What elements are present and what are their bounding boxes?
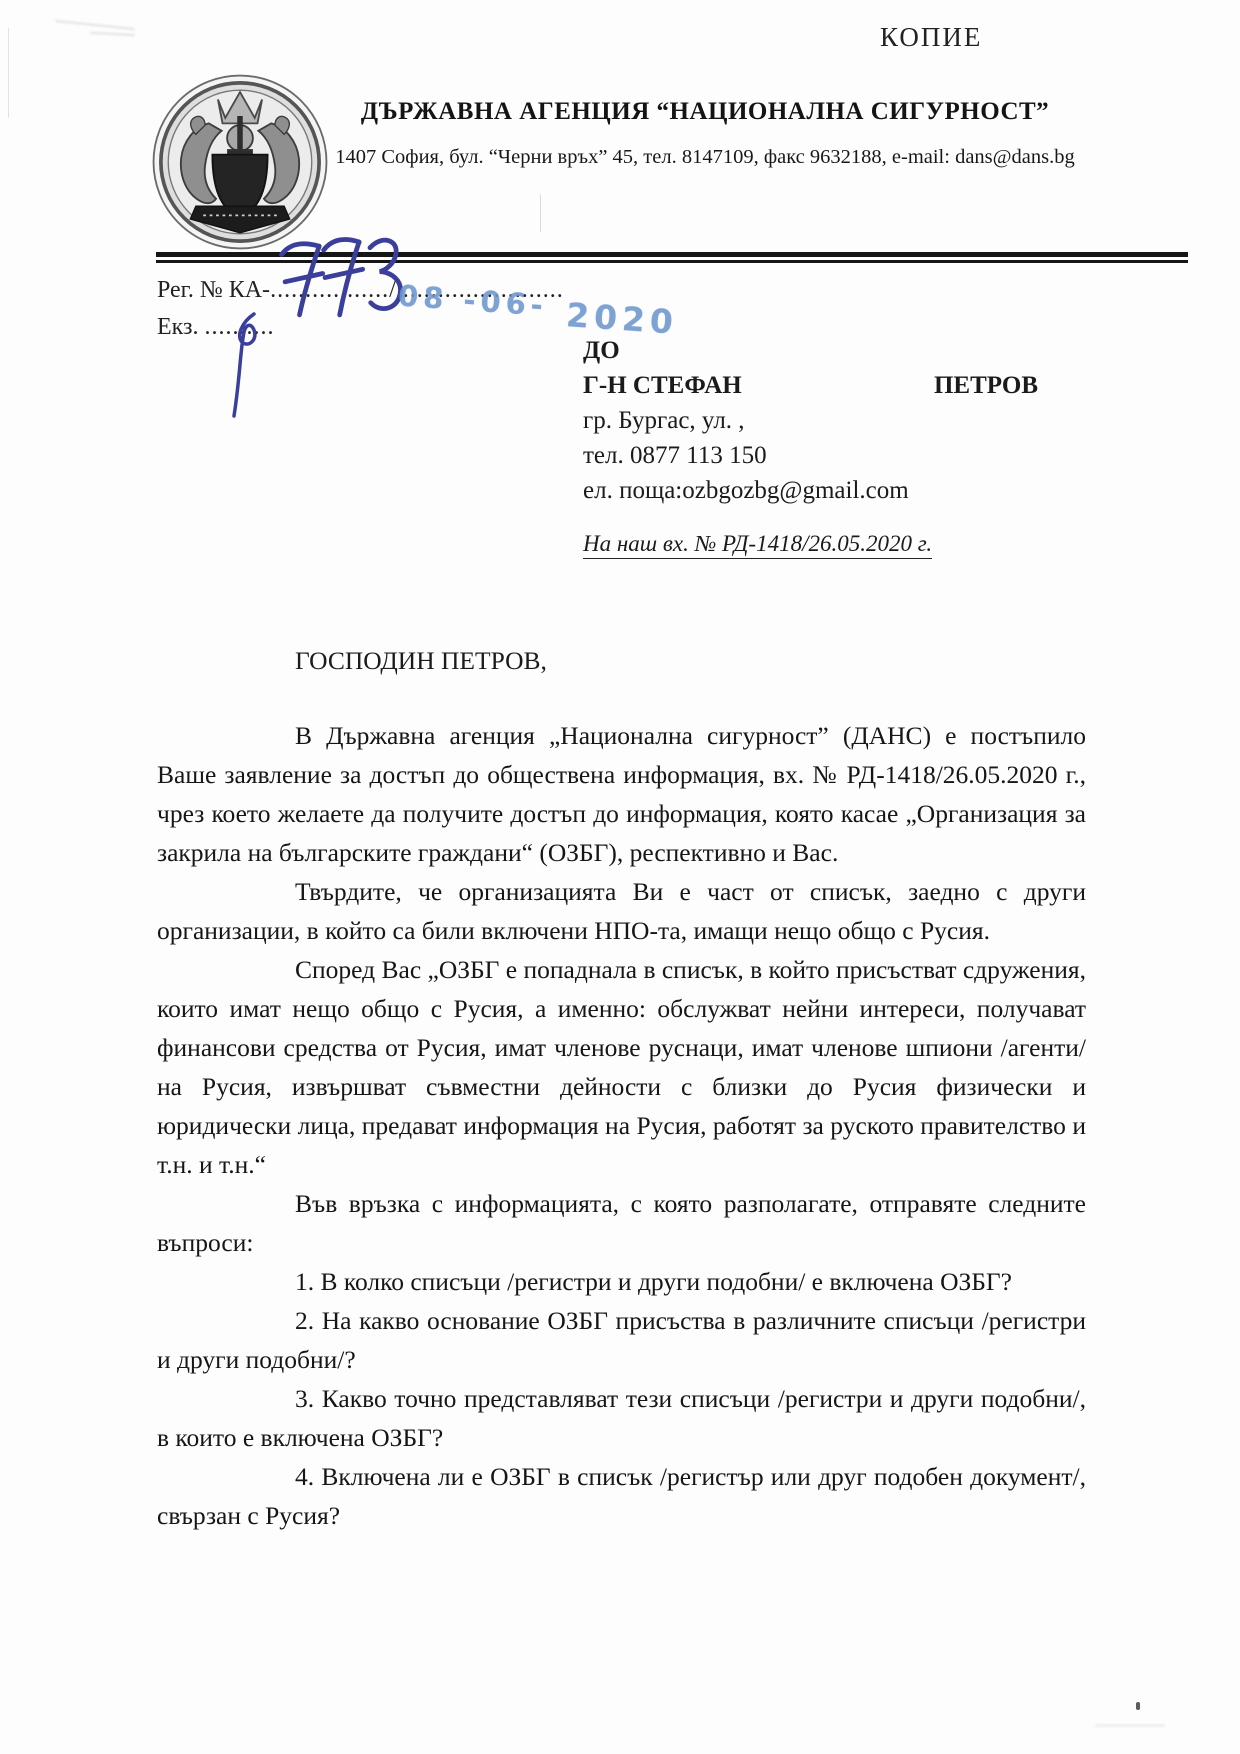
scan-artifact [540, 194, 541, 232]
paragraph: Според Вас „ОЗБГ е попаднала в списък, в… [157, 950, 1086, 1184]
handwritten-reg-number [276, 228, 414, 328]
recipient-block: ДО Г-Н СТЕФАН ПЕТРОВ гр. Бургас, ул. , т… [583, 333, 1038, 508]
recipient-email: ел. поща:ozbgozbg@gmail.com [583, 473, 1038, 508]
scanned-letter-page: { "page": { "copy_label": "КОПИЕ", "head… [0, 0, 1240, 1754]
recipient-address: гр. Бургас, ул. , [583, 403, 1038, 438]
scan-artifact [1095, 1724, 1165, 1727]
salutation: ГОСПОДИН ПЕТРОВ, [295, 646, 547, 676]
reference-line: На наш вх. № РД-1418/26.05.2020 г. [583, 531, 932, 559]
copy-label: КОПИЕ [880, 22, 982, 53]
agency-name: ДЪРЖАВНА АГЕНЦИЯ “НАЦИОНАЛНА СИГУРНОСТ” [320, 98, 1090, 126]
paragraph: Твърдите, че организацията Ви е част от … [157, 872, 1086, 950]
paragraph: 2. На какво основание ОЗБГ присъства в р… [157, 1301, 1086, 1379]
handwritten-copy-number [220, 308, 275, 428]
scan-artifact [1136, 1702, 1140, 1710]
scan-artifact [55, 20, 135, 30]
scan-artifact [90, 32, 135, 36]
scan-artifact [8, 28, 9, 118]
dans-emblem-icon [148, 70, 332, 254]
letter-body: В Държавна агенция „Национална сигурност… [157, 716, 1086, 1535]
recipient-phone: тел. 0877 113 150 [583, 438, 1038, 473]
paragraph: 3. Какво точно представляват тези списъц… [157, 1379, 1086, 1457]
paragraph: 4. Включена ли е ОЗБГ в списък /регистър… [157, 1457, 1086, 1535]
paragraph: В Държавна агенция „Национална сигурност… [157, 716, 1086, 872]
paragraph: 1. В колко списъци /регистри и други под… [157, 1262, 1086, 1301]
recipient-to-label: ДО [583, 333, 1038, 368]
agency-address-line: 1407 София, бул. “Черни връх” 45, тел. 8… [320, 146, 1090, 169]
recipient-name: Г-Н СТЕФАН ПЕТРОВ [583, 368, 1038, 403]
paragraph: Във връзка с информацията, с която разпо… [157, 1184, 1086, 1262]
